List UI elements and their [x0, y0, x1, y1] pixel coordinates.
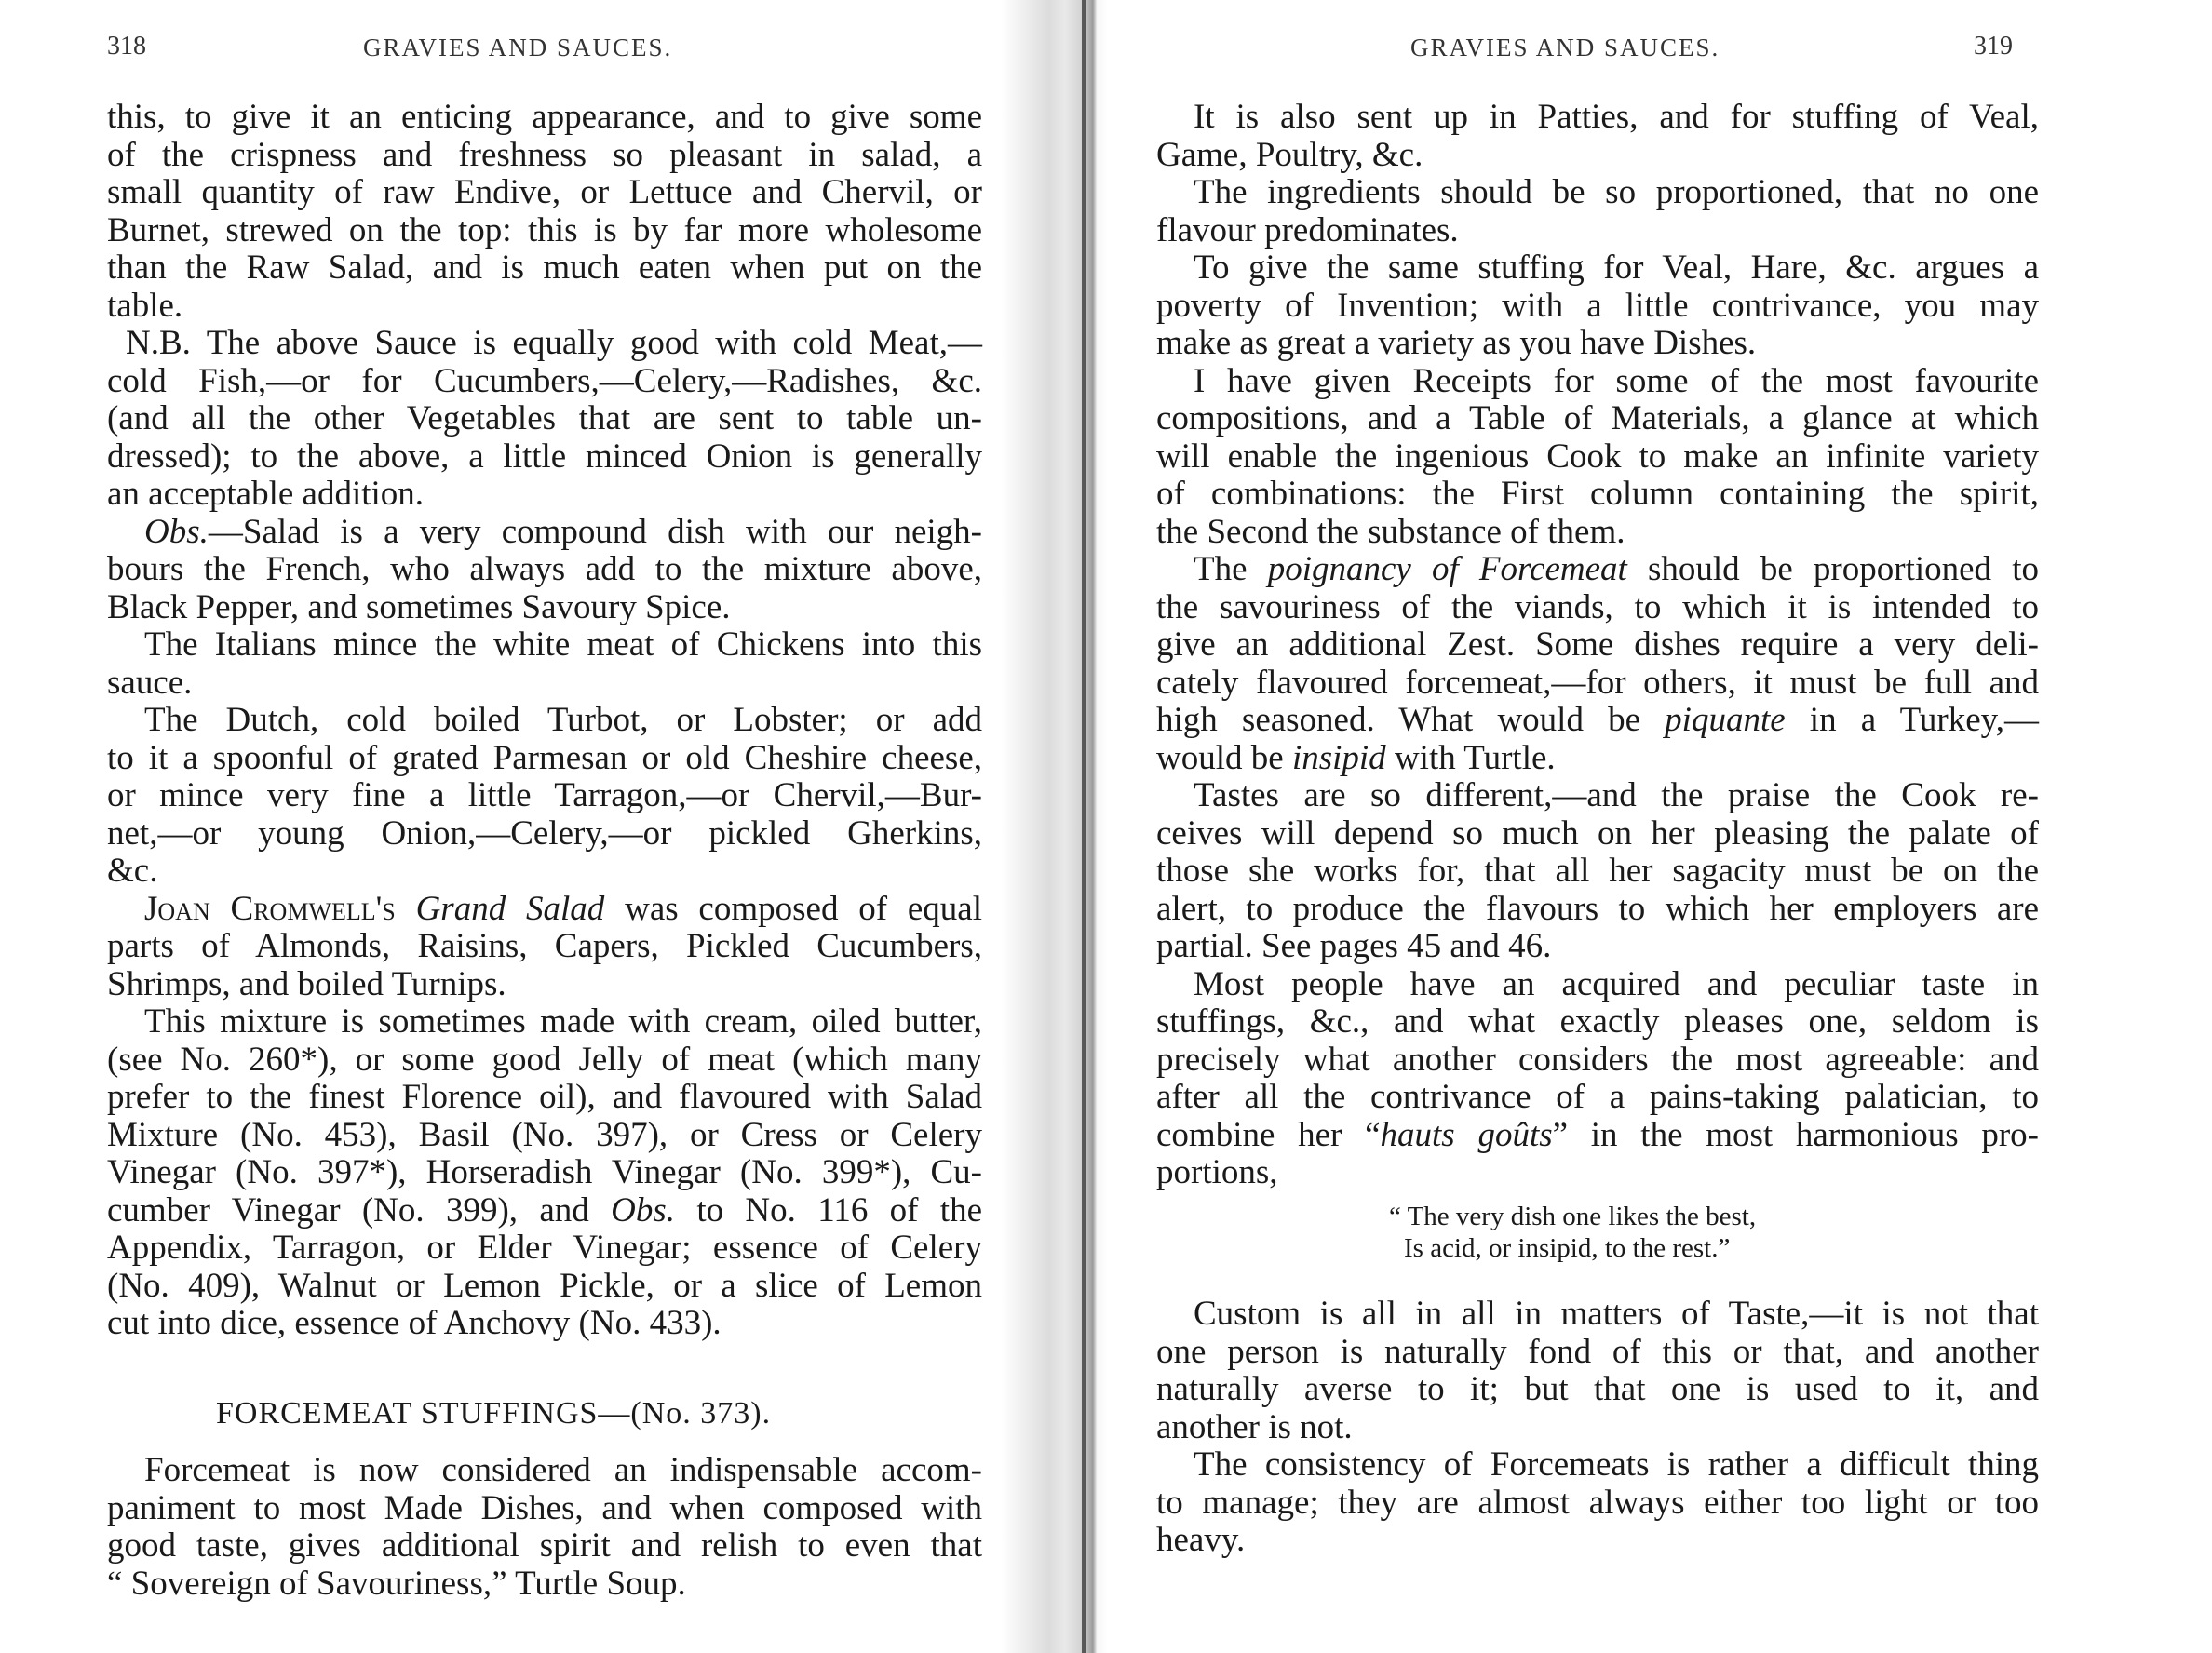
text-fragment: should be proportioned to: [1648, 550, 2039, 588]
italic-phrase: hauts goûts: [1381, 1116, 1553, 1154]
italic-obs: Obs.: [144, 513, 209, 551]
body-text-section: Forcemeat is now considered an indispens…: [107, 1452, 982, 1603]
italic-title: Grand Salad: [416, 890, 605, 928]
text-line: sauce.: [107, 665, 982, 703]
text-line: precisely what another considers the mos…: [1156, 1042, 2039, 1080]
text-line: Custom is all in all in matters of Taste…: [1156, 1296, 2039, 1334]
text-fragment: with Turtle.: [1395, 739, 1556, 777]
text-line: Tastes are so different,—and the praise …: [1156, 777, 2039, 815]
text-line: Black Pepper, and sometimes Savoury Spic…: [107, 589, 982, 627]
text-line: (and all the other Vegetables that are s…: [107, 400, 982, 438]
italic-word: insipid: [1292, 739, 1386, 777]
verse-line: “ The very dish one likes the best,: [1389, 1201, 1756, 1232]
text-line: the Second the substance of them.: [1156, 514, 2039, 552]
italic-word: piquante: [1665, 701, 1785, 739]
text-line: To give the same stuffing for Veal, Hare…: [1156, 249, 2039, 288]
text-line: Game, Poultry, &c.: [1156, 137, 2039, 175]
text-line: Most people have an acquired and peculia…: [1156, 966, 2039, 1004]
text-line: It is also sent up in Patties, and for s…: [1156, 99, 2039, 137]
body-text-upper: It is also sent up in Patties, and for s…: [1156, 99, 2039, 1192]
text-line: prefer to the finest Florence oil), and …: [107, 1079, 982, 1117]
text-line: to manage; they are almost always either…: [1156, 1485, 2039, 1523]
text-line: The Italians mince the white meat of Chi…: [107, 626, 982, 665]
text-line: net,—or young Onion,—Celery,—or pickled …: [107, 815, 982, 853]
text-line: naturally averse to it; but that one is …: [1156, 1371, 2039, 1409]
text-line: will enable the ingenious Cook to make a…: [1156, 438, 2039, 477]
text-line: than the Raw Salad, and is much eaten wh…: [107, 249, 982, 288]
page-number: 318: [107, 32, 146, 61]
text-line: heavy.: [1156, 1522, 2039, 1560]
italic-phrase: poignancy of Forcemeat: [1268, 550, 1627, 588]
text-line: the savouriness of the viands, to which …: [1156, 589, 2039, 627]
text-line: give an additional Zest. Some dishes req…: [1156, 626, 2039, 665]
text-line: to it a spoonful of grated Parmesan or o…: [107, 740, 982, 778]
body-text-upper: this, to give it an enticing appearance,…: [107, 99, 982, 1343]
text-line: portions,: [1156, 1154, 2039, 1192]
verse-quotation: “ The very dish one likes the best, Is a…: [1389, 1201, 1756, 1264]
text-line: Obs.—Salad is a very compound dish with …: [107, 514, 982, 552]
text-line: flavour predominates.: [1156, 212, 2039, 250]
text-line: alert, to produce the flavours to which …: [1156, 891, 2039, 929]
text-line: stuffings, &c., and what exactly pleases…: [1156, 1003, 2039, 1042]
text-line: or mince very fine a little Tarragon,—or…: [107, 777, 982, 815]
text-line: (see No. 260*), or some good Jelly of me…: [107, 1042, 982, 1080]
text-line: paniment to most Made Dishes, and when c…: [107, 1490, 982, 1528]
page-number: 319: [1974, 32, 2013, 61]
text-line: cumber Vinegar (No. 399), and Obs. to No…: [107, 1192, 982, 1230]
running-head: GRAVIES AND SAUCES.: [363, 34, 672, 62]
body-text-lower: Custom is all in all in matters of Taste…: [1156, 1296, 2039, 1560]
italic-obs: Obs.: [611, 1191, 675, 1230]
text-line: poverty of Invention; with a little cont…: [1156, 288, 2039, 326]
text-line: The consistency of Forcemeats is rather …: [1156, 1446, 2039, 1485]
text-line: an acceptable addition.: [107, 476, 982, 514]
left-page: 318 GRAVIES AND SAUCES. this, to give it…: [0, 0, 1080, 1653]
text-line: cut into dice, essence of Anchovy (No. 4…: [107, 1305, 982, 1343]
text-line: cold Fish,—or for Cucumbers,—Celery,—Rad…: [107, 363, 982, 401]
text-line: combine her “hauts goûts” in the most ha…: [1156, 1117, 2039, 1155]
text-line: &c.: [107, 853, 982, 891]
text-line: N.B. The above Sauce is equally good wit…: [107, 325, 982, 363]
text-line: The poignancy of Forcemeat should be pro…: [1156, 551, 2039, 589]
text-line: make as great a variety as you have Dish…: [1156, 325, 2039, 363]
text-line: compositions, and a Table of Materials, …: [1156, 400, 2039, 438]
text-fragment: high seasoned. What would be: [1156, 701, 1640, 739]
verse-line: Is acid, or insipid, to the rest.”: [1389, 1232, 1756, 1264]
text-line: another is not.: [1156, 1409, 2039, 1447]
text-line: good taste, gives additional spirit and …: [107, 1527, 982, 1566]
text-fragment: The: [1194, 550, 1248, 588]
right-page: GRAVIES AND SAUCES. 319 It is also sent …: [1080, 0, 2212, 1653]
text-line: ceives will depend so much on her pleasi…: [1156, 815, 2039, 853]
text-fragment: —Salad is a very compound dish with our …: [209, 513, 982, 551]
text-line: of the crispness and freshness so pleasa…: [107, 137, 982, 175]
text-line: those she works for, that all her sagaci…: [1156, 853, 2039, 891]
text-line: of combinations: the First column contai…: [1156, 476, 2039, 514]
text-line: bours the French, who always add to the …: [107, 551, 982, 589]
text-line: Mixture (No. 453), Basil (No. 397), or C…: [107, 1117, 982, 1155]
text-line: Forcemeat is now considered an indispens…: [107, 1452, 982, 1490]
text-line: small quantity of raw Endive, or Lettuce…: [107, 174, 982, 212]
text-line: would be insipid with Turtle.: [1156, 740, 2039, 778]
text-line: Shrimps, and boiled Turnips.: [107, 966, 982, 1004]
text-fragment: combine her “: [1156, 1116, 1381, 1154]
text-line: table.: [107, 288, 982, 326]
text-fragment: was composed of equal: [625, 890, 982, 928]
text-line: The ingredients should be so proportione…: [1156, 174, 2039, 212]
text-line: cately flavoured forcemeat,—for others, …: [1156, 665, 2039, 703]
text-fragment: cumber Vinegar (No. 399), and: [107, 1191, 589, 1230]
small-caps-name: Joan Cromwell's: [144, 890, 396, 928]
text-line: “ Sovereign of Savouriness,” Turtle Soup…: [107, 1566, 982, 1604]
text-line: parts of Almonds, Raisins, Capers, Pickl…: [107, 928, 982, 966]
text-line: I have given Receipts for some of the mo…: [1156, 363, 2039, 401]
text-fragment: ” in the most harmonious pro-: [1553, 1116, 2039, 1154]
text-line: This mixture is sometimes made with crea…: [107, 1003, 982, 1042]
text-line: The Dutch, cold boiled Turbot, or Lobste…: [107, 702, 982, 740]
text-line: after all the contrivance of a pains-tak…: [1156, 1079, 2039, 1117]
running-head: GRAVIES AND SAUCES.: [1410, 34, 1720, 62]
text-line: this, to give it an enticing appearance,…: [107, 99, 982, 137]
text-line: high seasoned. What would be piquante in…: [1156, 702, 2039, 740]
section-heading: FORCEMEAT STUFFINGS—(No. 373).: [216, 1396, 771, 1431]
text-line: (No. 409), Walnut or Lemon Pickle, or a …: [107, 1268, 982, 1306]
text-line: Appendix, Tarragon, or Elder Vinegar; es…: [107, 1230, 982, 1268]
text-line: one person is naturally fond of this or …: [1156, 1334, 2039, 1372]
text-fragment: would be: [1156, 739, 1284, 777]
text-line: Joan Cromwell's Grand Salad was composed…: [107, 891, 982, 929]
text-line: Burnet, strewed on the top: this is by f…: [107, 212, 982, 250]
text-fragment: to No. 116 of the: [696, 1191, 982, 1230]
text-line: partial. See pages 45 and 46.: [1156, 928, 2039, 966]
text-fragment: in a Turkey,—: [1810, 701, 2039, 739]
text-line: Vinegar (No. 397*), Horseradish Vinegar …: [107, 1154, 982, 1192]
text-line: dressed); to the above, a little minced …: [107, 438, 982, 477]
